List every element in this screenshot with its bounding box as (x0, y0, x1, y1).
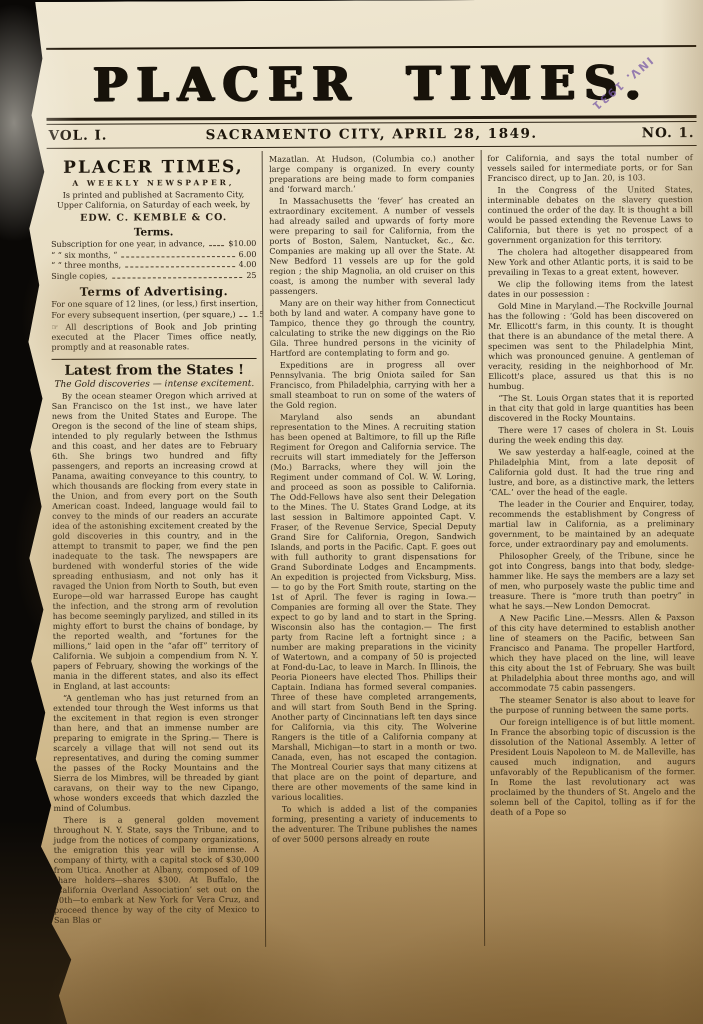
newspaper-page: INV. 1931 PLACER TIMES. VOL. I. SACRAMEN… (20, 0, 703, 1024)
paragraph: We clip the following items from the lat… (488, 279, 693, 300)
paragraph: “The St. Louis Organ states that it is r… (488, 393, 693, 424)
rate-line: Single copies,25 (51, 270, 256, 281)
terms-heading: Terms. (51, 226, 256, 239)
paragraph: Our foreign intelligence is of but littl… (490, 717, 696, 818)
publisher-name: EDW. C. KEMBLE & CO. (51, 212, 256, 224)
paragraph: We saw yesterday a half-eagle, coined at… (489, 447, 695, 498)
paragraph: In the Congress of the United States, in… (487, 185, 693, 246)
issue-number-label: NO. 1. (605, 125, 695, 141)
column-left: PLACER TIMES, A WEEKLY NEWSPAPER, Is pri… (45, 151, 266, 948)
paragraph: for California, and says the total numbe… (487, 153, 692, 184)
paragraph: The cholera had altogether disappeared f… (488, 247, 693, 278)
city-date-label: SACRAMENTO CITY, APRIL 28, 1849. (139, 125, 605, 143)
paragraph: “A gentleman who has just returned from … (53, 693, 259, 814)
top-rule (46, 45, 696, 50)
article-heading: Latest from the States ! (52, 362, 257, 379)
column-right: for California, and says the total numbe… (481, 149, 702, 946)
paragraph: The steamer Senator is also about to lea… (490, 695, 695, 716)
paper-subtitle: A WEEKLY NEWSPAPER, (51, 178, 256, 188)
paragraph: To which is added a list of the companie… (272, 804, 478, 845)
paragraph: Expeditions are in progress all over Pen… (270, 360, 476, 411)
article-subheading: The Gold discoveries — intense excitemen… (52, 379, 257, 390)
paragraph: Many are on their way hither from Connec… (270, 298, 476, 359)
paragraph: In Massachusetts the ‘fever’ has created… (269, 196, 475, 297)
column-body: Mazatlan. At Hudson, (Columbia co.) anot… (269, 154, 477, 845)
printing-note: ☞ All descriptions of Book and Job print… (51, 322, 256, 353)
imprint-text: Is printed and published at Sacramento C… (53, 190, 254, 211)
advertising-list: For one square of 12 lines, (or less,) f… (51, 299, 256, 321)
paragraph: There were 17 cases of cholera in St. Lo… (489, 425, 694, 446)
terms-list: Subscription for one year, in advance,$1… (51, 239, 257, 282)
paragraph: Philosopher Greely, of the Tribune, sinc… (489, 551, 695, 612)
paragraph: By the ocean steamer Oregon which arrive… (52, 391, 259, 692)
paragraph: A New Pacific Line.—Messrs. Allen & Paxs… (489, 613, 695, 694)
paragraph: The leader in the Courier and Enquirer, … (489, 499, 695, 550)
paragraph: Gold Mine in Maryland.—The Rockville Jou… (488, 301, 694, 392)
paper-name: PLACER TIMES, (51, 157, 256, 178)
publication-head-block: PLACER TIMES, A WEEKLY NEWSPAPER, Is pri… (51, 157, 257, 360)
article-body: By the ocean steamer Oregon which arrive… (52, 391, 260, 926)
column-middle: Mazatlan. At Hudson, (Columbia co.) anot… (262, 150, 485, 947)
column-body: for California, and says the total numbe… (487, 153, 695, 818)
rate-line: For every subsequent insertion, (per squ… (51, 309, 256, 320)
volume-label: VOL. I. (49, 127, 139, 143)
paragraph: Maryland also sends an abundant represen… (270, 412, 477, 803)
dateline-rule (47, 145, 697, 149)
newspaper-photo: INV. 1931 PLACER TIMES. VOL. I. SACRAMEN… (0, 0, 703, 1024)
paragraph: Mazatlan. At Hudson, (Columbia co.) anot… (269, 154, 475, 195)
advertising-heading: Terms of Advertising. (51, 284, 256, 299)
column-layout: PLACER TIMES, A WEEKLY NEWSPAPER, Is pri… (45, 149, 702, 948)
paragraph: There is a general golden movement throu… (54, 815, 260, 926)
dateline: VOL. I. SACRAMENTO CITY, APRIL 28, 1849.… (45, 122, 699, 146)
